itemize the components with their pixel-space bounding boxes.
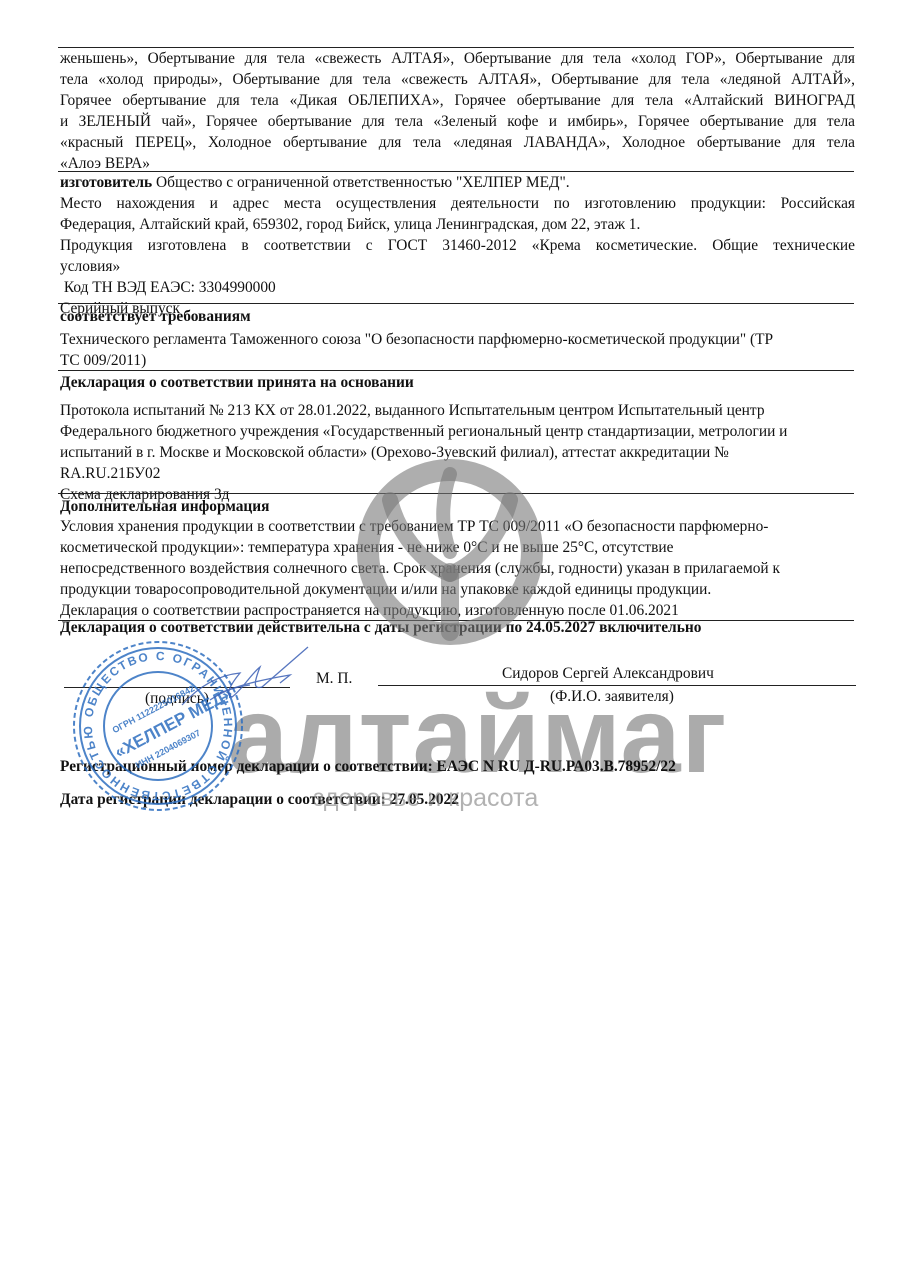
manufacturer-label: изготовитель bbox=[60, 174, 152, 191]
manufacturer-standard: Продукция изготовлена в соответствии с Г… bbox=[60, 235, 855, 256]
basis-line: Протокола испытаний № 213 КХ от 28.01.20… bbox=[60, 400, 855, 421]
manufacturer-address: Федерация, Алтайский край, 659302, город… bbox=[60, 214, 855, 235]
requirements-line: ТС 009/2011) bbox=[60, 350, 855, 371]
product-list-line: тела «холод природы», Обертывание для те… bbox=[60, 69, 855, 90]
requirements-line: Технического регламента Таможенного союз… bbox=[60, 329, 855, 350]
product-list-line: и ЗЕЛЕНЫЙ чай», Горячее обертывание для … bbox=[60, 111, 855, 132]
basis-line: Федерального бюджетного учреждения «Госу… bbox=[60, 421, 855, 442]
requirements-heading: соответствует требованиям bbox=[60, 306, 855, 327]
manufacturer-name: Общество с ограниченной ответственностью… bbox=[152, 174, 569, 191]
declaration-page: женьшень», Обертывание для тела «свежест… bbox=[0, 0, 900, 1273]
product-list-line: Горячее обертывание для тела «Дикая ОБЛЕ… bbox=[60, 90, 855, 111]
signature-icon bbox=[180, 645, 310, 715]
product-list: женьшень», Обертывание для тела «свежест… bbox=[60, 48, 855, 174]
leaf-logo-icon bbox=[350, 452, 550, 652]
product-list-line: женьшень», Обертывание для тела «свежест… bbox=[60, 48, 855, 69]
tn-ved-code: Код ТН ВЭД ЕАЭС: 3304990000 bbox=[60, 277, 855, 298]
watermark-slogan: здоровье и красота bbox=[313, 783, 538, 813]
basis-heading: Декларация о соответствии принята на осн… bbox=[60, 372, 855, 393]
product-list-line: «красный ПЕРЕЦ», Холодное обертывание дл… bbox=[60, 132, 855, 153]
manufacturer-standard: условия» bbox=[60, 256, 855, 277]
manufacturer-address: Место нахождения и адрес места осуществл… bbox=[60, 193, 855, 214]
divider bbox=[58, 303, 854, 304]
manufacturer-section: изготовитель Общество с ограниченной отв… bbox=[60, 172, 855, 319]
requirements-text: Технического регламента Таможенного союз… bbox=[60, 329, 855, 371]
divider bbox=[58, 370, 854, 371]
